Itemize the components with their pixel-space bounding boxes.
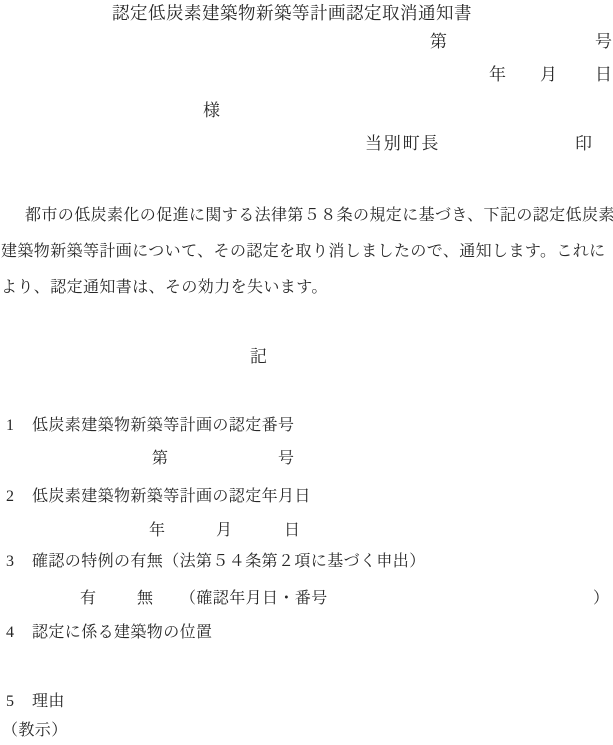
item-3-confirm-label: （確認年月日・番号 xyxy=(180,589,328,609)
date-day-label: 日 xyxy=(595,64,612,85)
item-5-number: 5 xyxy=(6,692,14,712)
document-title: 認定低炭素建築物新築等計画認定取消通知書 xyxy=(112,3,472,25)
item-2-day-label: 日 xyxy=(284,521,300,541)
item-1-number: 1 xyxy=(6,416,14,436)
body-paragraph-line-3: より、認定通知書は、その効力を失います。 xyxy=(1,278,328,298)
item-3-option-yes: 有 xyxy=(80,589,96,609)
seal-mark: 印 xyxy=(575,133,592,154)
item-3-number: 3 xyxy=(6,552,14,572)
note-kyoji: （教示） xyxy=(2,721,68,741)
doc-number-prefix: 第 xyxy=(430,31,447,52)
item-5-label: 理由 xyxy=(32,692,65,712)
date-year-label: 年 xyxy=(489,64,506,85)
notice-document-page: 認定低炭素建築物新築等計画認定取消通知書 第 号 年 月 日 様 当別町長 印 … xyxy=(0,0,613,745)
item-3-label: 確認の特例の有無（法第５４条第２項に基づく申出） xyxy=(32,552,426,572)
doc-number-suffix: 号 xyxy=(595,31,612,52)
item-1-cert-number-suffix: 号 xyxy=(278,449,294,469)
item-3-close-paren: ） xyxy=(593,589,609,609)
item-2-month-label: 月 xyxy=(216,521,232,541)
item-2-year-label: 年 xyxy=(149,521,165,541)
item-1-label: 低炭素建築物新築等計画の認定番号 xyxy=(32,416,294,436)
issuer-name: 当別町長 xyxy=(365,133,440,154)
date-month-label: 月 xyxy=(540,64,557,85)
item-2-number: 2 xyxy=(6,487,14,507)
record-heading: 記 xyxy=(250,346,267,367)
item-4-label: 認定に係る建築物の位置 xyxy=(32,623,212,643)
item-2-label: 低炭素建築物新築等計画の認定年月日 xyxy=(32,487,311,507)
item-1-cert-number-prefix: 第 xyxy=(152,449,168,469)
body-paragraph-line-2: 建築物新築等計画について、その認定を取り消しましたので、通知します。これに xyxy=(1,242,606,262)
item-3-option-no: 無 xyxy=(137,589,153,609)
item-4-number: 4 xyxy=(6,623,14,643)
body-paragraph-line-1: 都市の低炭素化の促進に関する法律第５８条の規定に基づき、下記の認定低炭素 xyxy=(25,206,613,226)
addressee-honorific: 様 xyxy=(203,100,220,121)
